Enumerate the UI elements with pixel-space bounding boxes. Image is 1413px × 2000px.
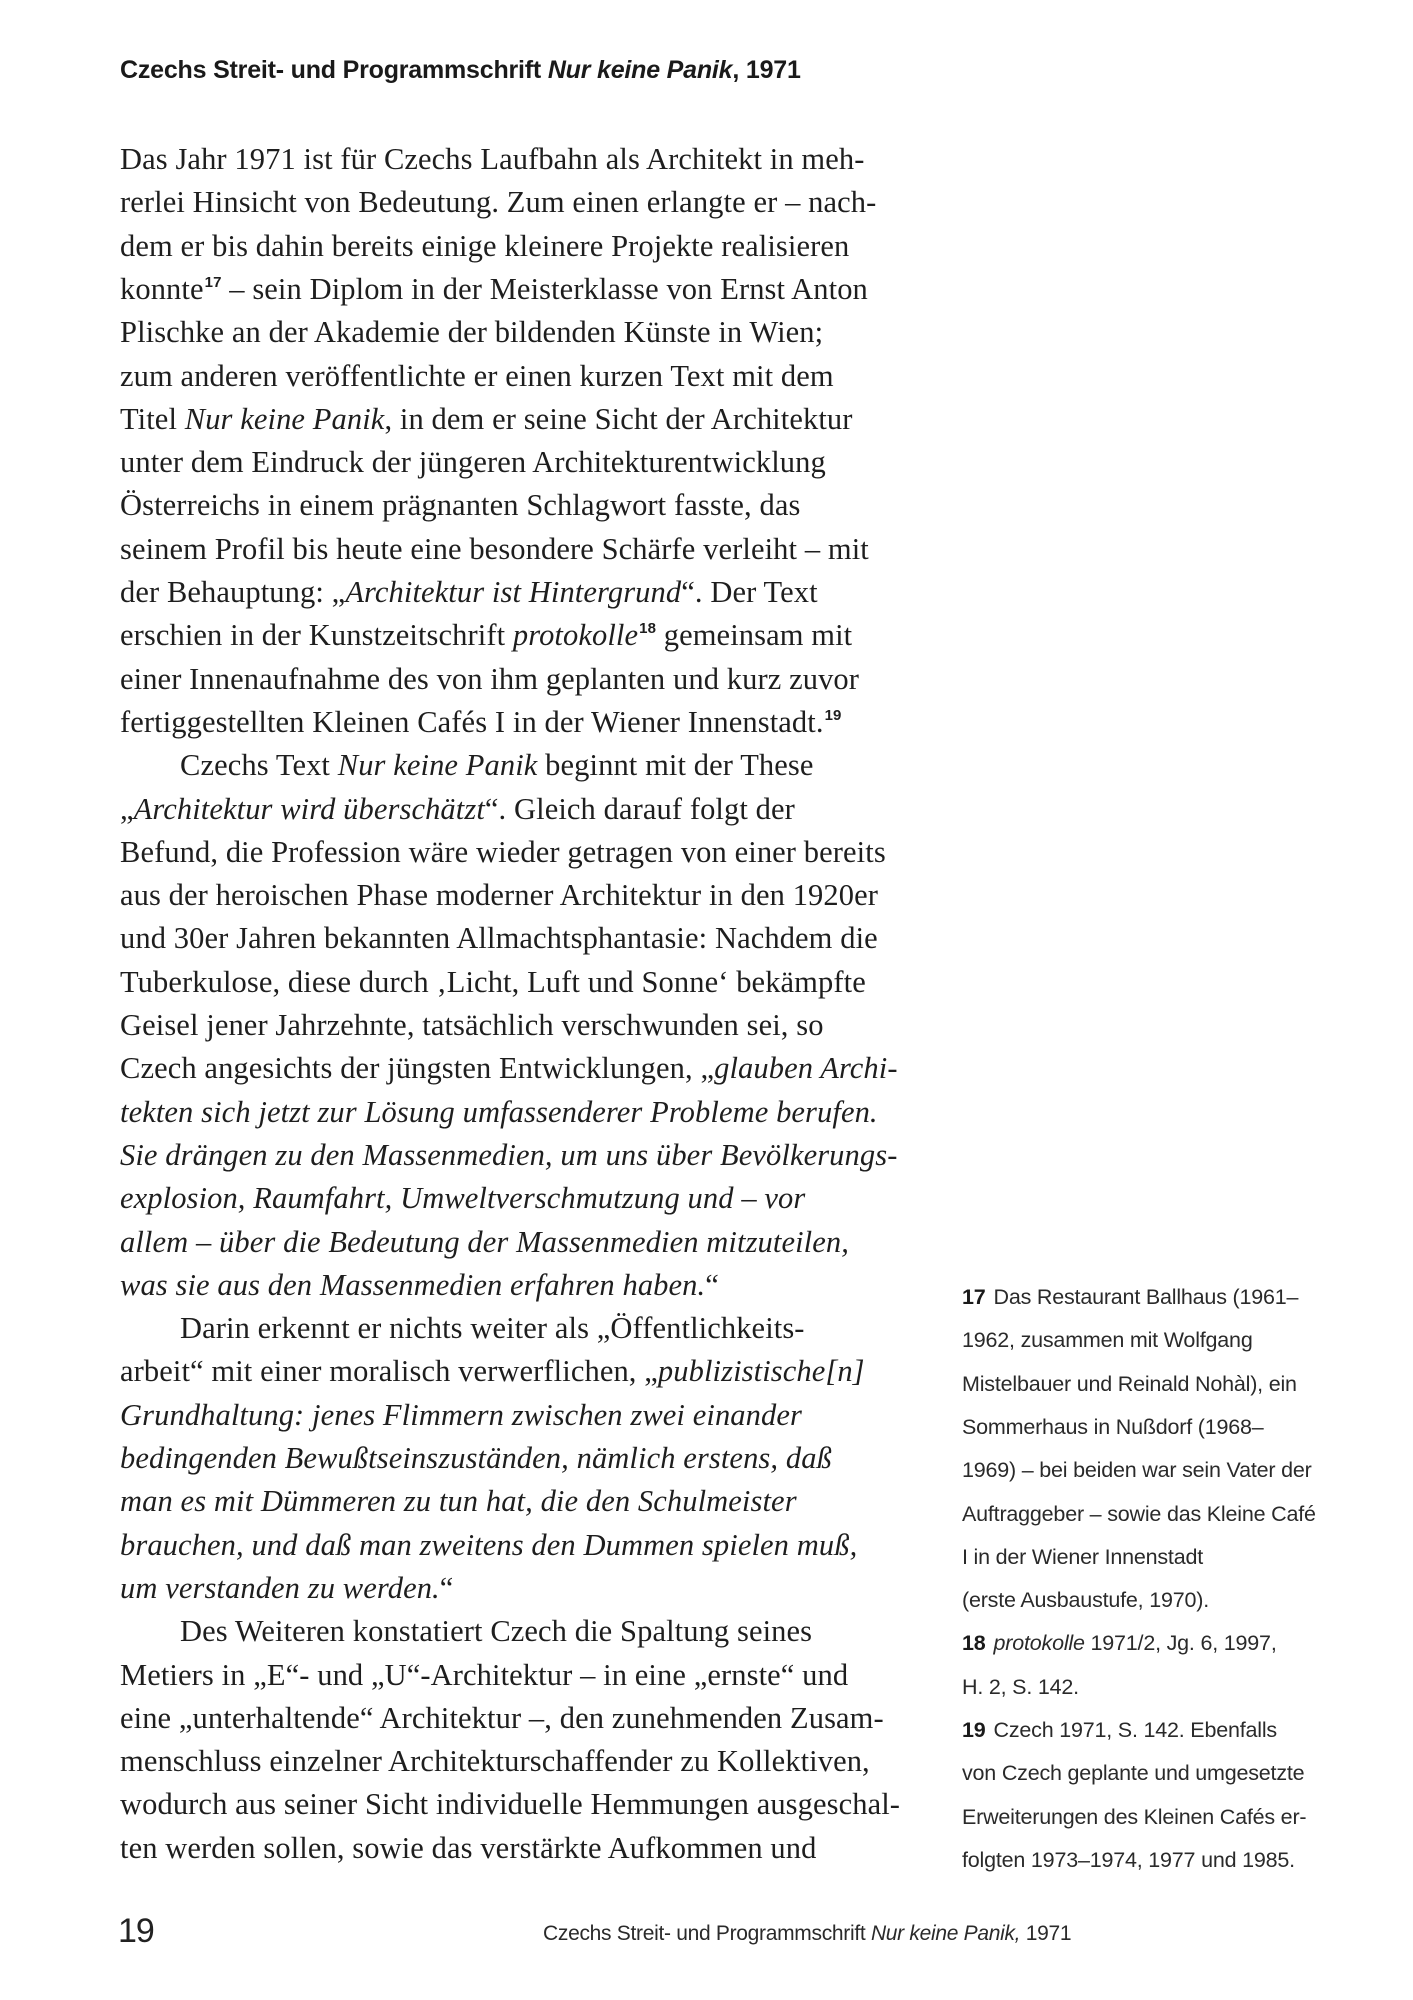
- footnote-line: Auftraggeber – sowie das Kleine Café: [962, 1493, 1316, 1536]
- text-run: Geisel jener Jahrzehnte, tatsächlich ver…: [120, 1008, 824, 1042]
- text-run: Plischke an der Akademie der bildenden K…: [120, 315, 823, 349]
- body-line: Befund, die Profession wäre wieder getra…: [120, 831, 886, 874]
- italic-text: Nur keine Panik: [338, 748, 538, 782]
- italic-text: bedingenden Bewußtseinszuständen, nämlic…: [120, 1441, 832, 1475]
- text-run: Titel: [120, 402, 185, 436]
- text-run: wodurch aus seiner Sicht individuelle He…: [120, 1787, 900, 1821]
- italic-text: Sie drängen zu den Massenmedien, um uns …: [120, 1138, 897, 1172]
- italic-text: protokolle: [513, 618, 638, 652]
- body-line: und 30er Jahren bekannten Allmachtsphant…: [120, 917, 878, 960]
- text-run: und 30er Jahren bekannten Allmachtsphant…: [120, 921, 878, 955]
- body-line: Darin erkennt er nichts weiter als „Öffe…: [180, 1307, 805, 1350]
- text-run: – sein Diplom in der Meisterklasse von E…: [222, 272, 868, 306]
- body-line: Czech angesichts der jüngsten Entwicklun…: [120, 1047, 898, 1090]
- text-run: Darin erkennt er nichts weiter als „Öffe…: [180, 1311, 805, 1345]
- text-run: Erweiterungen des Kleinen Cafés er-: [962, 1805, 1306, 1829]
- text-run: I in der Wiener Innenstadt: [962, 1545, 1203, 1569]
- body-line: aus der heroischen Phase moderner Archit…: [120, 874, 878, 917]
- body-line: tekten sich jetzt zur Lösung umfassender…: [120, 1091, 878, 1134]
- body-line: Geisel jener Jahrzehnte, tatsächlich ver…: [120, 1004, 824, 1047]
- body-line: der Behauptung: „Architektur ist Hinterg…: [120, 571, 818, 614]
- body-line: ten werden sollen, sowie das verstärkte …: [120, 1827, 816, 1870]
- italic-text: Architektur wird überschätzt: [134, 792, 485, 826]
- footnote-line: H. 2, S. 142.: [962, 1666, 1079, 1709]
- text-run: H. 2, S. 142.: [962, 1675, 1079, 1699]
- footnote-line: Erweiterungen des Kleinen Cafés er-: [962, 1796, 1306, 1839]
- text-run: Czech angesichts der jüngsten Entwicklun…: [120, 1051, 714, 1085]
- italic-text: was sie aus den Massenmedien erfahren ha…: [120, 1268, 705, 1302]
- footnote-number: 19: [962, 1718, 986, 1742]
- text-run: “. Gleich darauf folgt der: [485, 792, 795, 826]
- italic-text: Architektur ist Hintergrund: [345, 575, 681, 609]
- running-foot-title-italic: Nur keine Panik,: [871, 1922, 1020, 1945]
- text-run: ten werden sollen, sowie das verstärkte …: [120, 1831, 816, 1865]
- body-line: Des Weiteren konstatiert Czech die Spalt…: [180, 1610, 812, 1653]
- footnote-number: 17: [962, 1285, 986, 1309]
- text-run: 1971/2, Jg. 6, 1997,: [1085, 1631, 1277, 1655]
- body-line: um verstanden zu werden.“: [120, 1567, 453, 1610]
- body-line: Metiers in „E“- und „U“-Architektur – in…: [120, 1654, 848, 1697]
- body-line: Sie drängen zu den Massenmedien, um uns …: [120, 1134, 897, 1177]
- body-line: Czechs Text Nur keine Panik beginnt mit …: [180, 744, 814, 787]
- body-line: Grundhaltung: jenes Flimmern zwischen zw…: [120, 1394, 802, 1437]
- italic-text: Nur keine Panik: [185, 402, 385, 436]
- text-run: zum anderen veröffentlichte er einen kur…: [120, 359, 834, 393]
- body-line: Österreichs in einem prägnanten Schlagwo…: [120, 484, 800, 527]
- body-line: Titel Nur keine Panik, in dem er seine S…: [120, 398, 853, 441]
- text-run: (erste Ausbaustufe, 1970).: [962, 1588, 1209, 1612]
- text-run: Befund, die Profession wäre wieder getra…: [120, 835, 886, 869]
- footnote-reference[interactable]: 19: [825, 707, 842, 724]
- footnote-reference[interactable]: 18: [639, 620, 656, 637]
- body-line: zum anderen veröffentlichte er einen kur…: [120, 355, 834, 398]
- text-run: seinem Profil bis heute eine besondere S…: [120, 532, 869, 566]
- footnote-line: Mistelbauer und Reinald Nohàl), ein: [962, 1363, 1297, 1406]
- text-run: dem er bis dahin bereits einige kleinere…: [120, 229, 849, 263]
- body-line: arbeit“ mit einer moralisch verwerfliche…: [120, 1350, 865, 1393]
- running-foot-suffix: 1971: [1020, 1922, 1071, 1945]
- italic-text: um verstanden zu werden.: [120, 1571, 440, 1605]
- body-line: man es mit Dümmeren zu tun hat, die den …: [120, 1480, 797, 1523]
- text-run: “. Der Text: [681, 575, 817, 609]
- body-line: eine „unterhaltende“ Architektur –, den …: [120, 1697, 884, 1740]
- italic-text: Grundhaltung: jenes Flimmern zwischen zw…: [120, 1398, 802, 1432]
- footnote-line: Sommerhaus in Nußdorf (1968–: [962, 1406, 1264, 1449]
- text-run: , in dem er seine Sicht der Architektur: [384, 402, 852, 436]
- body-line: unter dem Eindruck der jüngeren Architek…: [120, 441, 826, 484]
- body-line: einer Innenaufnahme des von ihm geplante…: [120, 658, 859, 701]
- body-line: allem – über die Bedeutung der Massenmed…: [120, 1221, 849, 1264]
- text-run: beginnt mit der These: [537, 748, 813, 782]
- body-line: bedingenden Bewußtseinszuständen, nämlic…: [120, 1437, 832, 1480]
- text-run: „: [120, 792, 134, 826]
- body-line: fertiggestellten Kleinen Cafés I in der …: [120, 701, 841, 744]
- body-line: konnte17 – sein Diplom in der Meisterkla…: [120, 268, 868, 311]
- running-head-title-italic: Nur keine Panik: [548, 56, 733, 84]
- text-run: Mistelbauer und Reinald Nohàl), ein: [962, 1372, 1297, 1396]
- footnote-17: 17Das Restaurant Ballhaus (1961–: [962, 1276, 1298, 1319]
- running-head-suffix: , 1971: [732, 56, 800, 84]
- italic-text: tekten sich jetzt zur Lösung umfassender…: [120, 1095, 878, 1129]
- footnote-number: 18: [962, 1631, 986, 1655]
- body-line: explosion, Raumfahrt, Umweltverschmutzun…: [120, 1177, 805, 1220]
- text-run: Metiers in „E“- und „U“-Architektur – in…: [120, 1658, 848, 1692]
- text-run: Österreichs in einem prägnanten Schlagwo…: [120, 488, 800, 522]
- italic-text: allem – über die Bedeutung der Massenmed…: [120, 1225, 849, 1259]
- body-line: rerlei Hinsicht von Bedeutung. Zum einen…: [120, 181, 876, 224]
- text-run: folgten 1973–1974, 1977 und 1985.: [962, 1848, 1295, 1872]
- text-run: Das Jahr 1971 ist für Czechs Laufbahn al…: [120, 142, 864, 176]
- text-run: arbeit“ mit einer moralisch verwerfliche…: [120, 1354, 658, 1388]
- text-run: “: [440, 1571, 454, 1605]
- body-line: Plischke an der Akademie der bildenden K…: [120, 311, 823, 354]
- footnote-reference[interactable]: 17: [205, 274, 222, 291]
- text-run: der Behauptung: „: [120, 575, 345, 609]
- text-run: Sommerhaus in Nußdorf (1968–: [962, 1415, 1264, 1439]
- body-line: brauchen, und daß man zweitens den Dumme…: [120, 1524, 857, 1567]
- text-run: Czech 1971, S. 142. Ebenfalls: [994, 1718, 1277, 1742]
- text-run: rerlei Hinsicht von Bedeutung. Zum einen…: [120, 185, 876, 219]
- running-foot-prefix: Czechs Streit- und Programmschrift: [543, 1922, 871, 1945]
- italic-text: glauben Archi-: [714, 1051, 898, 1085]
- text-run: erschien in der Kunstzeitschrift: [120, 618, 513, 652]
- footnote-line: folgten 1973–1974, 1977 und 1985.: [962, 1839, 1295, 1882]
- italic-text: protokolle: [994, 1631, 1085, 1655]
- footnote-19: 19Czech 1971, S. 142. Ebenfalls: [962, 1709, 1277, 1752]
- text-run: Tuberkulose, diese durch ‚Licht, Luft un…: [120, 965, 866, 999]
- italic-text: brauchen, und daß man zweitens den Dumme…: [120, 1528, 857, 1562]
- body-line: seinem Profil bis heute eine besondere S…: [120, 528, 869, 571]
- body-line: was sie aus den Massenmedien erfahren ha…: [120, 1264, 719, 1307]
- running-head-prefix: Czechs Streit- und Programmschrift: [120, 56, 548, 84]
- document-page: Czechs Streit- und Programmschrift Nur k…: [0, 0, 1413, 2000]
- text-run: 1969) – bei beiden war sein Vater der: [962, 1458, 1312, 1482]
- body-line: wodurch aus seiner Sicht individuelle He…: [120, 1783, 900, 1826]
- text-run: von Czech geplante und umgesetzte: [962, 1761, 1304, 1785]
- text-run: Czechs Text: [180, 748, 338, 782]
- italic-text: man es mit Dümmeren zu tun hat, die den …: [120, 1484, 797, 1518]
- body-line: Das Jahr 1971 ist für Czechs Laufbahn al…: [120, 138, 864, 181]
- body-line: dem er bis dahin bereits einige kleinere…: [120, 225, 849, 268]
- running-foot: Czechs Streit- und Programmschrift Nur k…: [543, 1922, 1071, 1946]
- page-number: 19: [118, 1912, 154, 1951]
- text-run: fertiggestellten Kleinen Cafés I in der …: [120, 705, 824, 739]
- body-line: „Architektur wird überschätzt“. Gleich d…: [120, 788, 795, 831]
- body-line: menschluss einzelner Architekturschaffen…: [120, 1740, 870, 1783]
- running-head: Czechs Streit- und Programmschrift Nur k…: [120, 56, 801, 85]
- body-line: erschien in der Kunstzeitschrift protoko…: [120, 614, 852, 657]
- text-run: menschluss einzelner Architekturschaffen…: [120, 1744, 870, 1778]
- footnote-18: 18protokolle 1971/2, Jg. 6, 1997,: [962, 1622, 1277, 1665]
- italic-text: explosion, Raumfahrt, Umweltverschmutzun…: [120, 1181, 805, 1215]
- text-run: gemeinsam mit: [656, 618, 852, 652]
- footnote-line: von Czech geplante und umgesetzte: [962, 1752, 1304, 1795]
- body-line: Tuberkulose, diese durch ‚Licht, Luft un…: [120, 961, 866, 1004]
- text-run: unter dem Eindruck der jüngeren Architek…: [120, 445, 826, 479]
- text-run: eine „unterhaltende“ Architektur –, den …: [120, 1701, 884, 1735]
- text-run: 1962, zusammen mit Wolfgang: [962, 1328, 1253, 1352]
- text-run: Des Weiteren konstatiert Czech die Spalt…: [180, 1614, 812, 1648]
- footnote-line: I in der Wiener Innenstadt: [962, 1536, 1203, 1579]
- text-run: “: [705, 1268, 719, 1302]
- text-run: Auftraggeber – sowie das Kleine Café: [962, 1502, 1316, 1526]
- text-run: konnte: [120, 272, 204, 306]
- footnote-line: 1962, zusammen mit Wolfgang: [962, 1319, 1253, 1362]
- text-run: einer Innenaufnahme des von ihm geplante…: [120, 662, 859, 696]
- italic-text: publizistische[n]: [658, 1354, 865, 1388]
- text-run: aus der heroischen Phase moderner Archit…: [120, 878, 878, 912]
- text-run: Das Restaurant Ballhaus (1961–: [994, 1285, 1299, 1309]
- footnote-line: 1969) – bei beiden war sein Vater der: [962, 1449, 1312, 1492]
- footnote-line: (erste Ausbaustufe, 1970).: [962, 1579, 1209, 1622]
